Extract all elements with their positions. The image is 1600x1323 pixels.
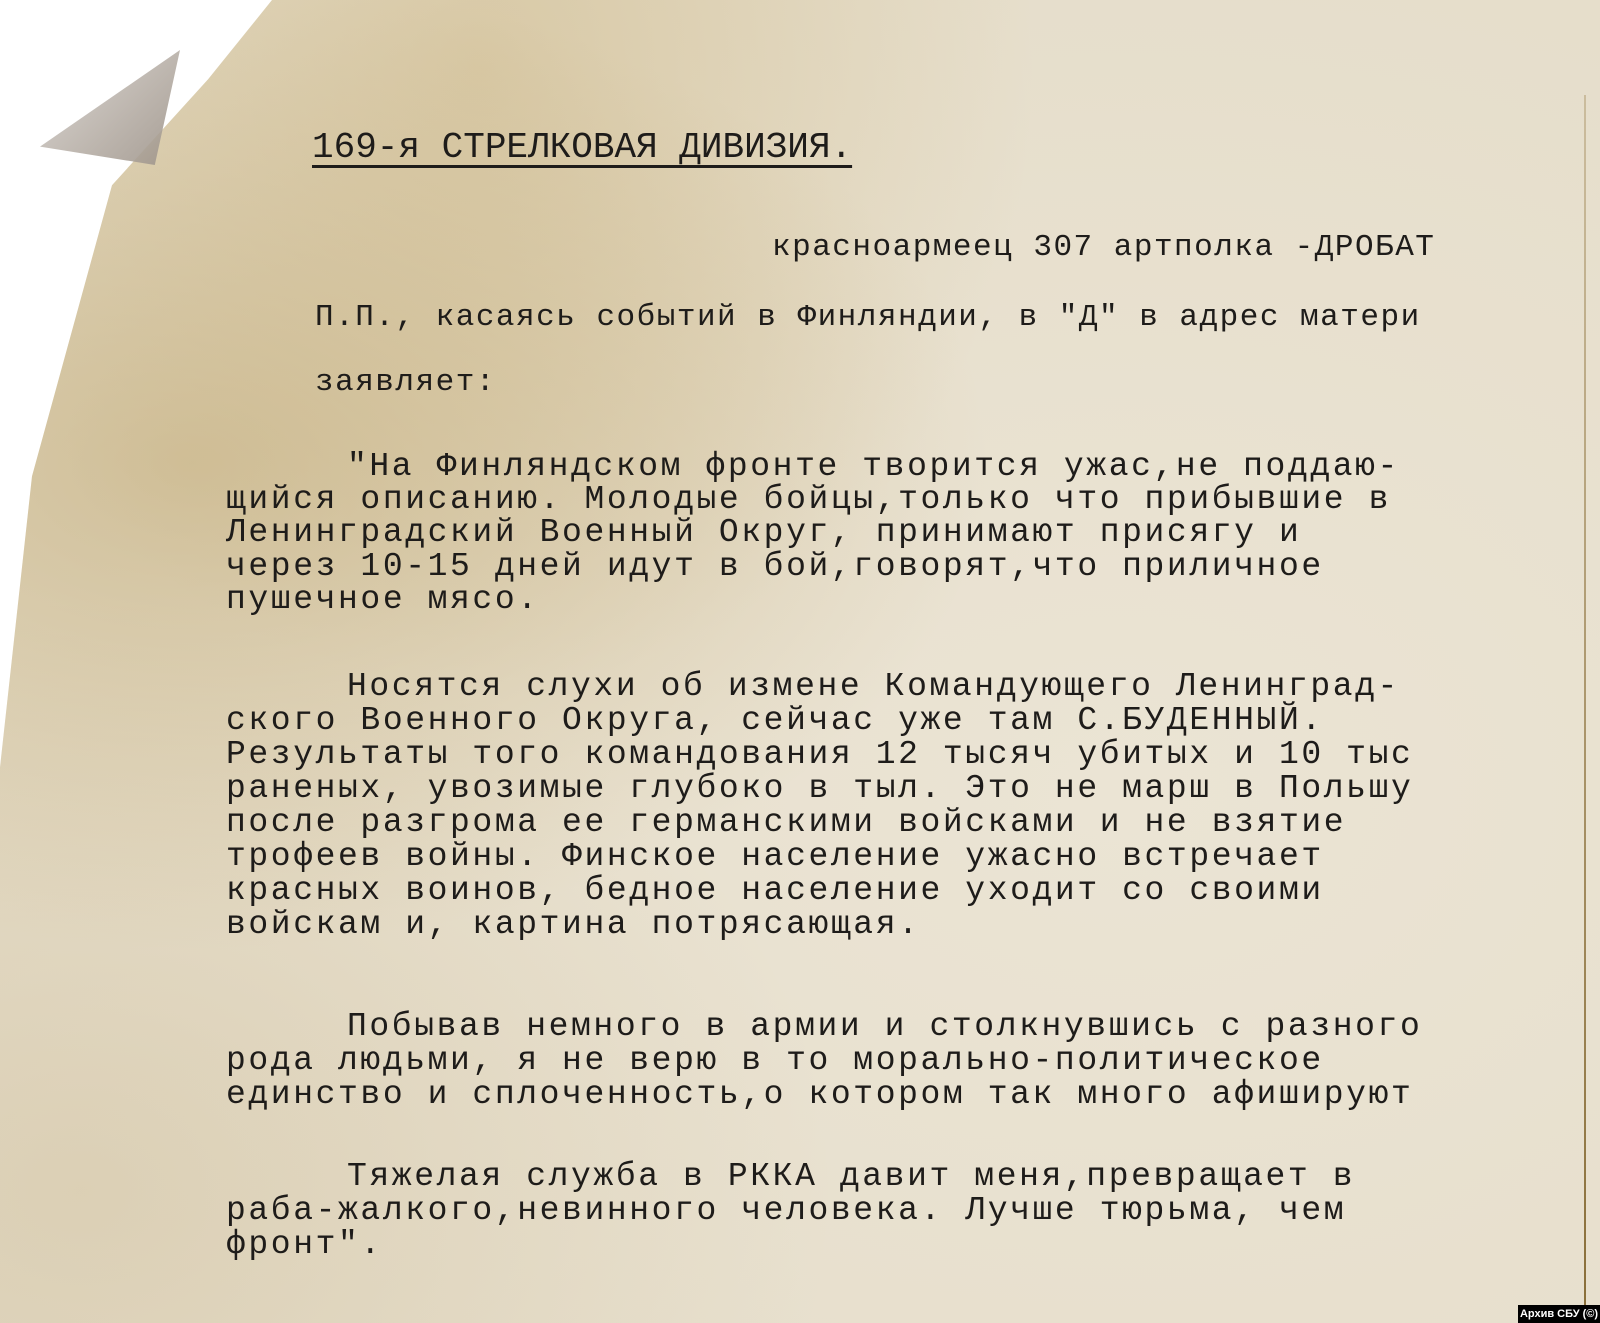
- paragraph-3-line-2: рода людьми, я не верю в то морально-пол…: [226, 1046, 1324, 1076]
- intro-line-1: красноармеец 307 артполка -ДРОБАТ: [772, 230, 1435, 265]
- intro-line-3: заявляет:: [315, 365, 496, 400]
- paragraph-4-line-1: Тяжелая служба в РККА давит меня,превращ…: [347, 1162, 1355, 1192]
- paragraph-2-line-7: красных воинов, бедное население уходит …: [226, 876, 1324, 906]
- paragraph-1-line-2: щийся описанию. Молодые бойцы,только что…: [226, 485, 1391, 515]
- intro-line-2: П.П., касаясь событий в Финляндии, в "Д"…: [315, 300, 1421, 335]
- paragraph-2-line-6: трофеев войны. Финское население ужасно …: [226, 842, 1324, 872]
- paragraph-2-line-2: ского Военного Округа, сейчас уже там С.…: [226, 706, 1324, 736]
- document-photo: 169-я СТРЕЛКОВАЯ ДИВИЗИЯ. красноармеец 3…: [0, 0, 1600, 1323]
- paragraph-1-line-1: "На Финляндском фронте творится ужас,не …: [347, 452, 1400, 482]
- paragraph-2-line-5: после разгрома ее германскими войсками и…: [226, 808, 1346, 838]
- archive-watermark: Архив СБУ (©): [1518, 1305, 1600, 1323]
- paragraph-2-line-3: Результаты того командования 12 тысяч уб…: [226, 740, 1413, 770]
- paragraph-4-line-3: фронт".: [226, 1230, 383, 1260]
- paragraph-1-line-3: Ленинградский Военный Округ, принимают п…: [226, 518, 1301, 548]
- paragraph-2-line-1: Носятся слухи об измене Командующего Лен…: [347, 672, 1400, 702]
- paragraph-2-line-8: войскам и, картина потрясающая.: [226, 910, 921, 940]
- paragraph-4-line-2: раба-жалкого,невинного человека. Лучше т…: [226, 1196, 1346, 1226]
- paragraph-3-line-1: Побывав немного в армии и столкнувшись с…: [347, 1012, 1422, 1042]
- paragraph-1-line-4: через 10-15 дней идут в бой,говорят,что …: [226, 552, 1324, 582]
- paragraph-3-line-3: единство и сплоченность,о котором так мн…: [226, 1080, 1413, 1110]
- right-margin-fold-line: [1584, 95, 1586, 1323]
- paragraph-2-line-4: раненых, увозимые глубоко в тыл. Это не …: [226, 774, 1413, 804]
- document-title: 169-я СТРЕЛКОВАЯ ДИВИЗИЯ.: [312, 127, 852, 168]
- typed-paper-sheet: [0, 0, 1600, 1323]
- paragraph-1-line-5: пушечное мясо.: [226, 585, 540, 615]
